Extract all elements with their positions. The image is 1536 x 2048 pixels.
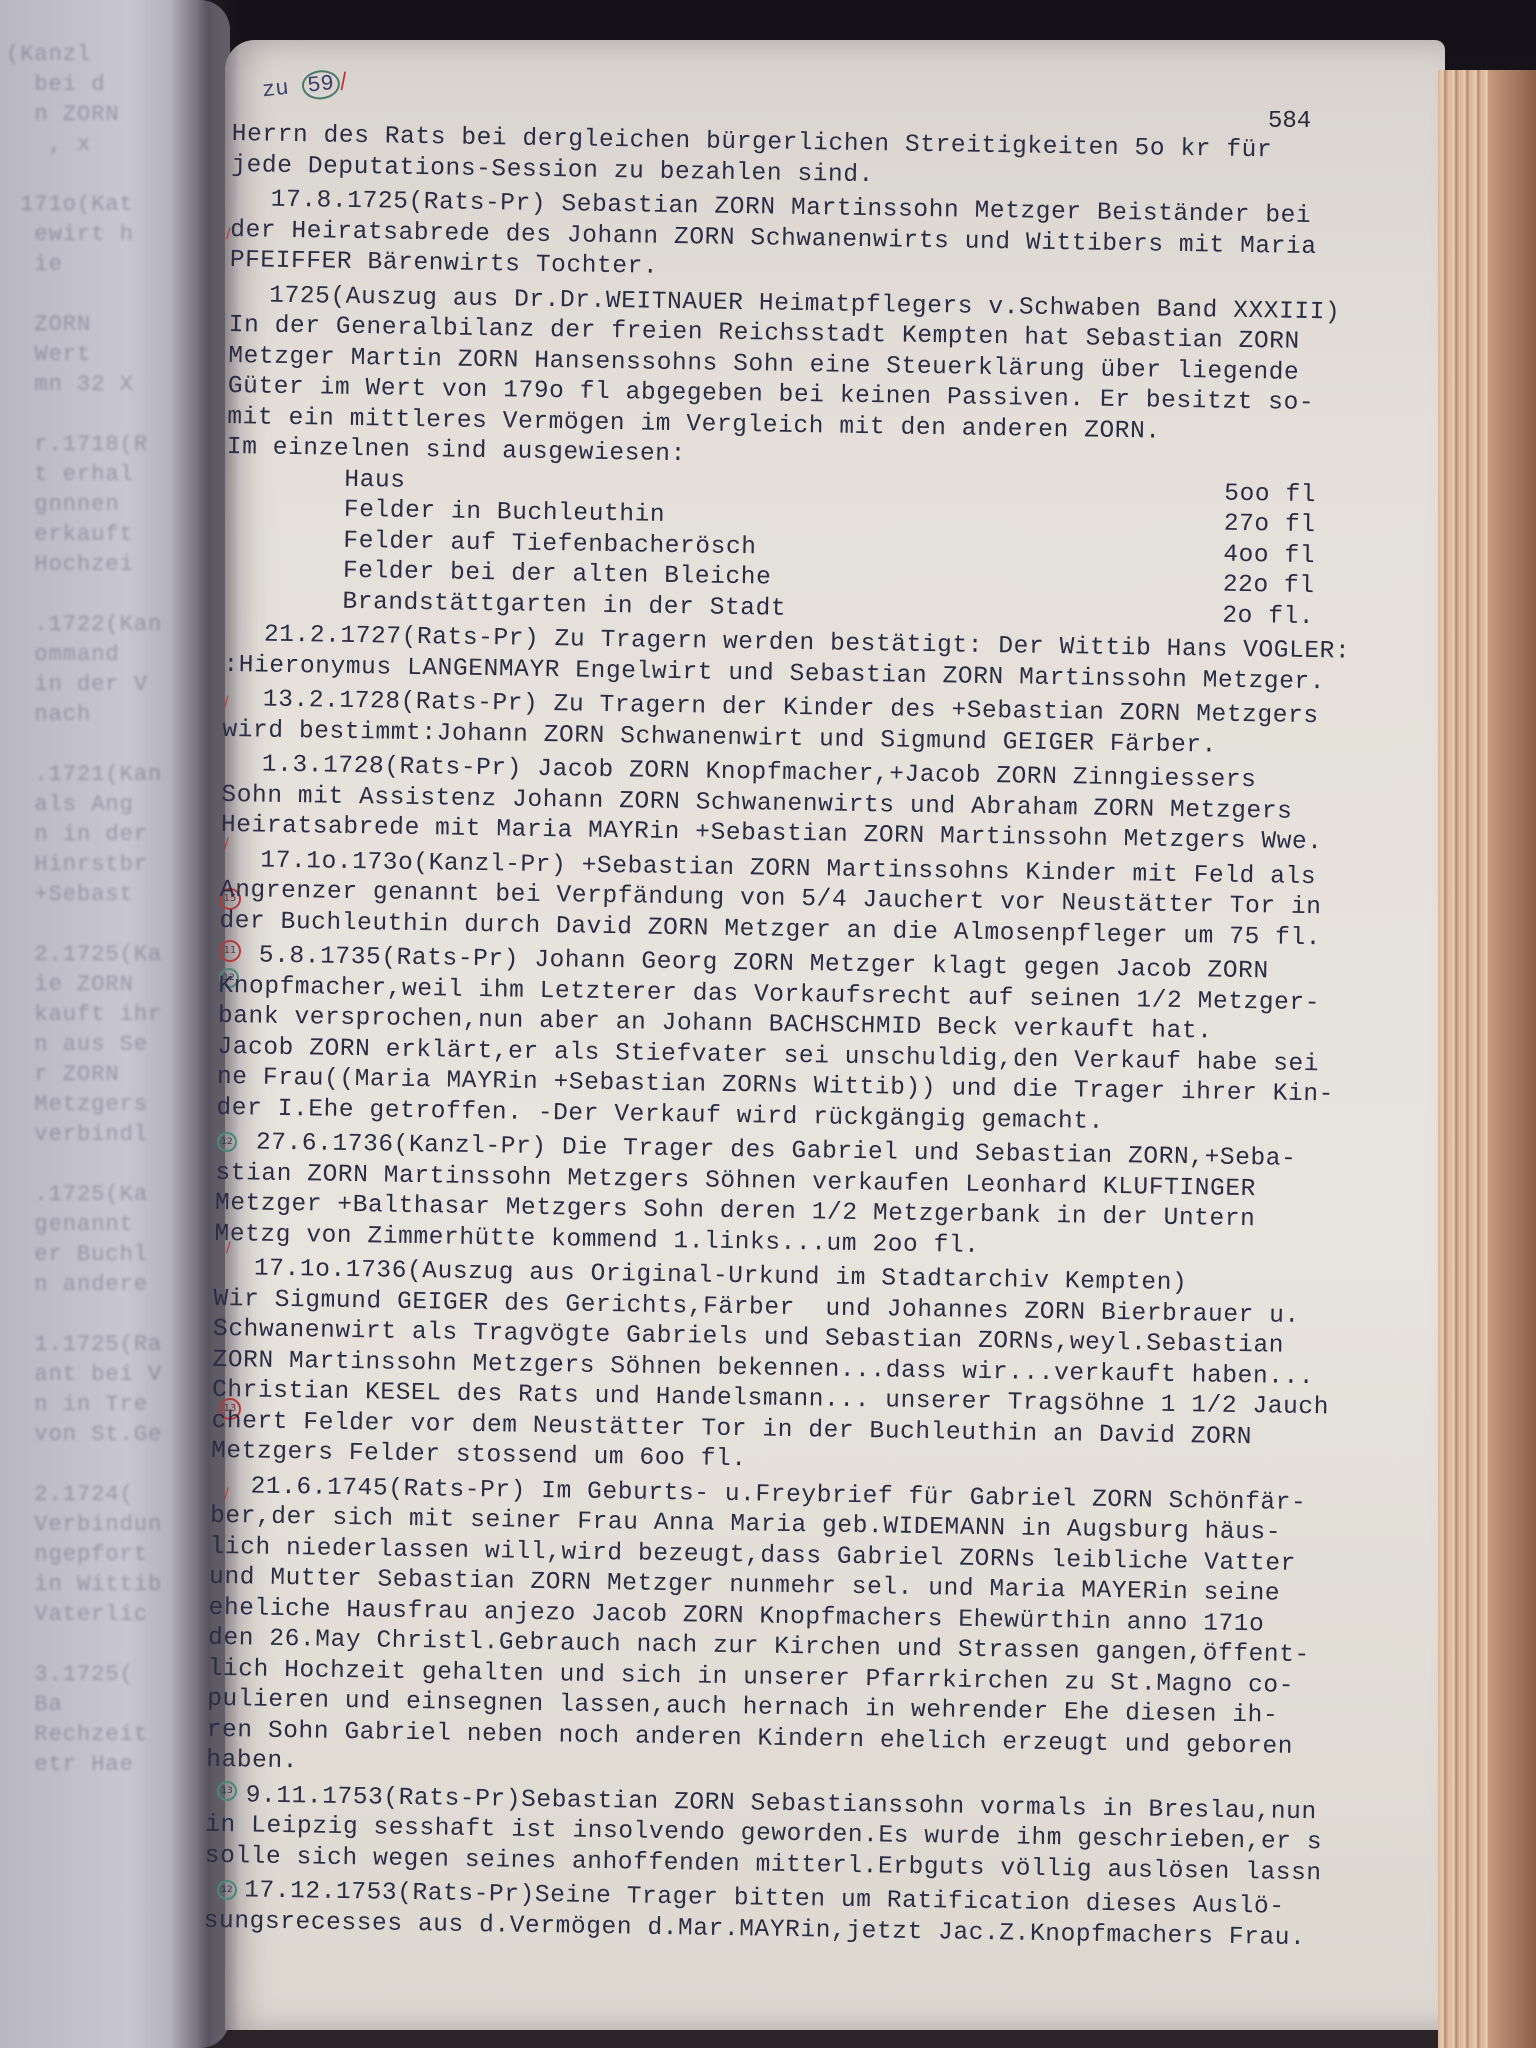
chronicle-entry: 27.6.1736(Kanzl-Pr) Die Trager des Gabri… xyxy=(214,1128,1456,1269)
chronicle-entries: 21.2.1727(Rats-Pr) Zu Tragern werden bes… xyxy=(203,620,1464,1956)
chronicle-entry: 17.1o.1736(Auszug aus Original-Urkund im… xyxy=(211,1254,1454,1487)
asset-value: 5oo fl xyxy=(1224,479,1344,511)
chronicle-entry: 9.11.1753(Rats-Pr)Sebastian ZORN Sebasti… xyxy=(204,1780,1445,1891)
asset-list: Haus5oo flFelder in Buchleuthin27o flFel… xyxy=(224,463,1466,635)
chronicle-entry: 21.6.1745(Rats-Pr) Im Geburts- u.Freybri… xyxy=(206,1471,1451,1795)
reference-number: 59 xyxy=(300,68,341,101)
page-number: 584 xyxy=(1268,108,1311,135)
asset-value: 22o fl xyxy=(1223,571,1343,603)
chronicle-entry: 17.1o.173o(Kanzl-Pr) +Sebastian ZORN Mar… xyxy=(219,845,1460,956)
reference-prefix: zu xyxy=(261,76,290,104)
asset-value: 4oo fl xyxy=(1223,540,1343,572)
chronicle-entry: 1.3.1728(Rats-Pr) Jacob ZORN Knopfmacher… xyxy=(221,750,1462,861)
typewritten-body: Herrn des Rats bei dergleichen bürgerlic… xyxy=(203,120,1471,1956)
chronicle-entry: 5.8.1735(Rats-Pr) Johann Georg ZORN Metz… xyxy=(216,941,1459,1143)
asset-value: 27o fl xyxy=(1224,510,1344,542)
asset-value: 2o fl. xyxy=(1222,601,1342,633)
intro-block: Herrn des Rats bei dergleichen bürgerlic… xyxy=(227,120,1472,483)
